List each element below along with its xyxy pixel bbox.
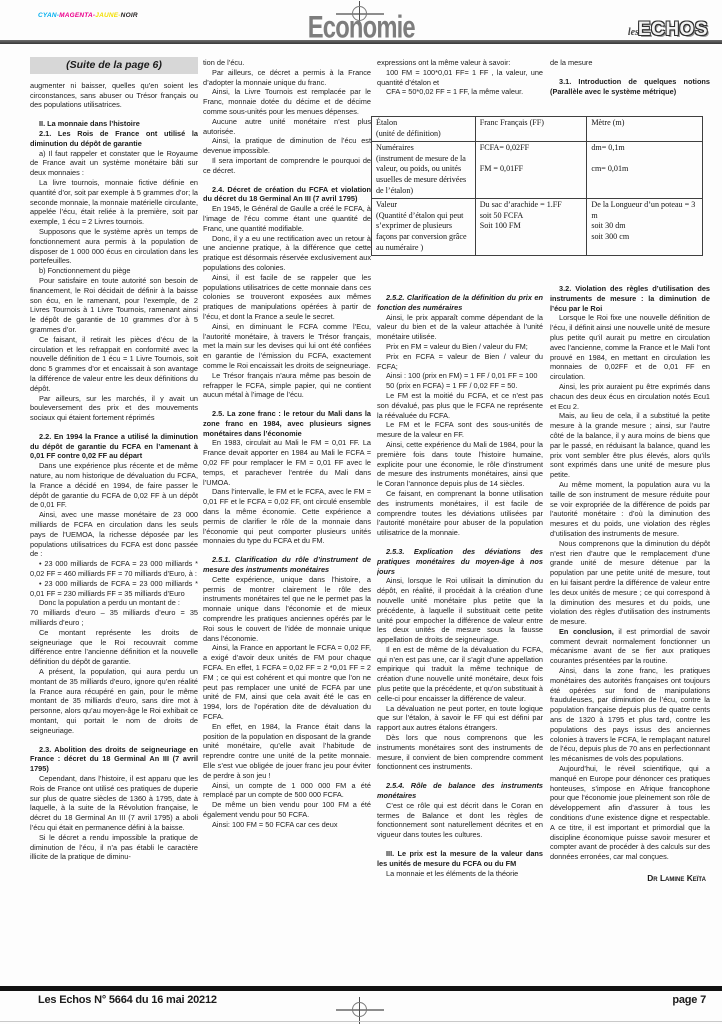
paragraph: 50 (prix en FCFA) = 1 FF / 0,02 FF = 50. xyxy=(377,381,543,391)
paragraph: Le FM est la moitié du FCFA, et ce n’est… xyxy=(377,391,543,420)
paragraph: Ainsi, lorsque le Roi utilisait la dimin… xyxy=(377,576,543,645)
paragraph: Dans l’intervalle, le FM et le FCFA, ave… xyxy=(203,487,371,546)
paragraph: Supposons que le système après un temps … xyxy=(30,227,198,266)
paragraph: Mais, au lieu de cela, il a substitué la… xyxy=(550,411,710,480)
column-3-top: expressions ont la même valeur à savoir:… xyxy=(377,58,543,114)
paragraph: • 23 000 milliards de FCFA = 23 000 mill… xyxy=(30,559,198,579)
paragraph: • 23 000 milliards de FCFA = 23 000 mill… xyxy=(30,579,198,599)
paragraph: Ainsi, la Livre Tournois est remplacée p… xyxy=(203,87,371,116)
paragraph: Ainsi, dans la zone franc, les pratiques… xyxy=(550,666,710,764)
paragraph: Dans une expérience plus récente et de m… xyxy=(30,461,198,510)
header-rule xyxy=(0,40,722,44)
subheading: 2.5.4. Rôle de balance des instruments m… xyxy=(377,781,543,801)
registration-crosshair-icon xyxy=(336,997,384,1024)
heading: III. Le prix est la mesure de la valeur … xyxy=(377,849,543,869)
footer-issue-info: Les Echos N° 5664 du 16 mai 20212 xyxy=(38,994,217,1006)
paragraph: Ainsi : 100 (prix en FM) = 1 FF / 0,01 F… xyxy=(377,371,543,381)
heading: 3.1. Introduction de quelques notions (P… xyxy=(550,77,710,97)
paragraph: Le FM et le FCFA sont des sous-unités de… xyxy=(377,420,543,440)
subheading: 2.5.3. Explication des déviations des pr… xyxy=(377,547,543,576)
paragraph: En 1945, le Général de Gaulle a créé le … xyxy=(203,204,371,233)
paragraph: Ainsi, avec une masse monétaire de 23 00… xyxy=(30,510,198,559)
table-cell: Numéraires(instrument de mesure de la va… xyxy=(372,142,476,199)
heading: 2.3. Abolition des droits de seigneuriag… xyxy=(30,745,198,774)
paragraph: Ainsi, la pratique de diminution de l’éc… xyxy=(203,136,371,156)
paragraph: Il sera important de comprendre le pourq… xyxy=(203,156,371,176)
paragraph: De même un bien vendu pour 100 FM a été … xyxy=(203,800,371,820)
table-cell: Du sac d’arachide = 1.FFsoit 50 FCFASoit… xyxy=(475,199,587,256)
heading: 2.1. Les Rois de France ont utilisé la d… xyxy=(30,129,198,149)
column-4-top: de la mesure3.1. Introduction de quelque… xyxy=(550,58,710,114)
paragraph: Le Trésor français n’aura même pas besoi… xyxy=(203,371,371,400)
paragraph: Par ailleurs, ce décret a permis à la Fr… xyxy=(203,68,371,88)
paragraph: Ainsi, cette expérience du Mali de 1984,… xyxy=(377,440,543,489)
paragraph: Ainsi, la France en apportant le FCFA = … xyxy=(203,643,371,721)
paragraph: 70 milliards d’euro – 35 milliards d’eur… xyxy=(30,608,198,628)
paragraph: 100 FM = 100*0,01 FF= 1 FF , la valeur, … xyxy=(377,68,543,88)
paragraph: Par ailleurs, sur les marchés, il y avai… xyxy=(30,394,198,423)
paragraph: La livre tournois, monnaie fictive défin… xyxy=(30,178,198,227)
paragraph: Ainsi, les prix auraient pu être exprimé… xyxy=(550,382,710,411)
paragraph: Lorsque le Roi fixe une nouvelle définit… xyxy=(550,313,710,382)
heading: 2.4. Décret de création du FCFA et viola… xyxy=(203,185,371,205)
paragraph: Aucune autre unité monétaire n’est plus … xyxy=(203,117,371,137)
table-header-cell: Franc Français (FF) xyxy=(475,117,587,142)
paragraph: Si le décret a rendu impossible la prati… xyxy=(30,833,198,862)
paragraph: En conclusion, il est primordial de savo… xyxy=(550,627,710,666)
paragraph: En effet, en 1984, la France était dans … xyxy=(203,722,371,781)
paragraph: Donc la population a perdu un montant de… xyxy=(30,598,198,608)
paragraph: Ainsi, le prix apparaît comme dépendant … xyxy=(377,313,543,342)
paragraph: La monnaie et les éléments de la théorie xyxy=(377,869,543,879)
les-echos-logo: lesECHOS xyxy=(628,19,708,41)
paragraph: Prix en FM = valeur du Bien / valeur du … xyxy=(377,342,543,352)
column-2: tion de l’écu.Par ailleurs, ce décret a … xyxy=(203,58,371,988)
paragraph: Dès lors que nous comprenons que les ins… xyxy=(377,733,543,772)
subheading: 2.5.2. Clarification de la définition du… xyxy=(377,293,543,313)
table-cell: FCFA= 0,02FFFM = 0,01FF xyxy=(475,142,587,199)
logo-name: ECHOS xyxy=(638,19,708,40)
paragraph: Au même moment, la population aura vu la… xyxy=(550,480,710,539)
paragraph: Cette expérience, unique dans l’histoire… xyxy=(203,575,371,644)
column-4: 3.2. Violation des règles d’utilisation … xyxy=(550,284,710,984)
paragraph: CFA = 50*0,02 FF = 1 FF, la même valeur. xyxy=(377,87,543,97)
paragraph: Cependant, dans l’histoire, il est appar… xyxy=(30,774,198,833)
heading: 3.2. Violation des règles d’utilisation … xyxy=(550,284,710,313)
paragraph: Il en est de même de la dévaluation du F… xyxy=(377,645,543,704)
heading: 2.2. En 1994 la France a utilisé la dimi… xyxy=(30,432,198,461)
table-header-cell: Étalon(unité de définition) xyxy=(372,117,476,142)
paragraph: Prix en FCFA = valeur de Bien / valeur d… xyxy=(377,352,543,372)
column-1: (Suite de la page 6) augmenter ni baisse… xyxy=(30,57,198,987)
paragraph: Ainsi, un compte de 1 000 000 FM a été r… xyxy=(203,781,371,801)
paragraph: La dévaluation ne peut porter, en toute … xyxy=(377,704,543,733)
table-header-cell: Mètre (m) xyxy=(587,117,703,142)
author-signature: Dr Lamine Keïta xyxy=(550,874,710,884)
paragraph: Pour satisfaire en toute autorité son be… xyxy=(30,276,198,335)
paragraph: de la mesure xyxy=(550,58,710,68)
paragraph: Donc, il y a eu une rectification avec u… xyxy=(203,234,371,273)
table-row: Numéraires(instrument de mesure de la va… xyxy=(372,142,703,199)
column-1-blocks: augmenter ni baisser, quelles qu’en soie… xyxy=(30,81,198,862)
newspaper-page: { "prepress": { "registration_segments":… xyxy=(0,0,722,1024)
table-cell: Valeur(Quantité d’étalon qui peut s’expr… xyxy=(372,199,476,256)
metric-parallel-table: Étalon(unité de définition)Franc Françai… xyxy=(371,116,703,256)
paragraph: expressions ont la même valeur à savoir: xyxy=(377,58,543,68)
paragraph: C’est ce rôle qui est décrit dans le Cor… xyxy=(377,801,543,840)
table-cell: dm= 0,1mcm= 0,01m xyxy=(587,142,703,199)
heading: 2.5. La zone franc : le retour du Mali d… xyxy=(203,409,371,438)
footer-rule xyxy=(0,986,722,991)
paragraph: a) Il faut rappeler et constater que le … xyxy=(30,149,198,178)
paragraph: Ce faisant, en comprenant la bonne utili… xyxy=(377,489,543,538)
page-bottom-hairline xyxy=(0,1021,722,1022)
table-row: Valeur(Quantité d’étalon qui peut s’expr… xyxy=(372,199,703,256)
paragraph: Ce montant représente les droits de seig… xyxy=(30,628,198,667)
continuation-notice: (Suite de la page 6) xyxy=(30,57,198,74)
heading: II. La monnaie dans l’histoire xyxy=(30,119,198,129)
paragraph: Ce faisant, il retirait les pièces d’écu… xyxy=(30,335,198,394)
paragraph: augmenter ni baisser, quelles qu’en soie… xyxy=(30,81,198,110)
paragraph: Ainsi, en diminuant le FCFA comme l’Ecu,… xyxy=(203,322,371,371)
paragraph: Ainsi: 100 FM = 50 FCFA car ces deux xyxy=(203,820,371,830)
paragraph: Nous comprenons que la diminution du dép… xyxy=(550,539,710,627)
paragraph: Ainsi, il est facile de se rappeler que … xyxy=(203,273,371,322)
paragraph: b) Fonctionnement du piège xyxy=(30,266,198,276)
subheading: 2.5.1. Clarification du rôle d’instrumen… xyxy=(203,555,371,575)
table-cell: De la Longueur d’un poteau = 3 msoit 30 … xyxy=(587,199,703,256)
paragraph: tion de l’écu. xyxy=(203,58,371,68)
column-3: 2.5.2. Clarification de la définition du… xyxy=(377,284,543,984)
paragraph: En 1983, circulait au Mali le FM = 0,01 … xyxy=(203,438,371,487)
paragraph: A présent, la population, qui aura perdu… xyxy=(30,667,198,736)
footer-page-number: page 7 xyxy=(672,994,706,1006)
paragraph: Aujourd’hui, le réveil scientifique, qui… xyxy=(550,764,710,862)
